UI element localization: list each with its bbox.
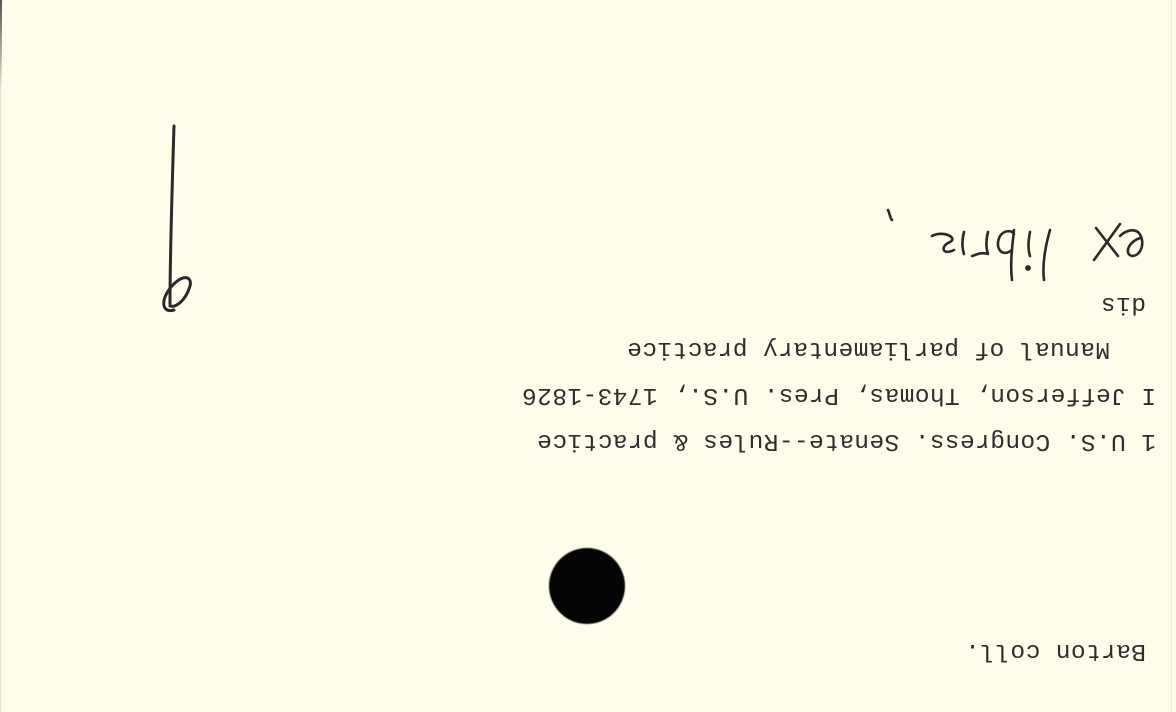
card-content-upside-down: Barton coll. 1 U.S. Congress. Senate--Ru… — [0, 0, 1176, 712]
punch-hole — [549, 548, 625, 624]
handwritten-ex-libris — [874, 204, 1154, 294]
title-line: Manual of parliamentary practice — [627, 336, 1110, 361]
added-entry-author: I Jefferson, Thomas, Pres. U.S., 1743-18… — [522, 382, 1156, 407]
subject-heading: 1 U.S. Congress. Senate--Rules & practic… — [537, 428, 1156, 453]
handwritten-number-nine — [146, 122, 226, 322]
catalog-card: Barton coll. 1 U.S. Congress. Senate--Ru… — [0, 0, 1176, 712]
tracing-note: dis — [1101, 291, 1146, 316]
collection-note: Barton coll. — [965, 638, 1146, 663]
